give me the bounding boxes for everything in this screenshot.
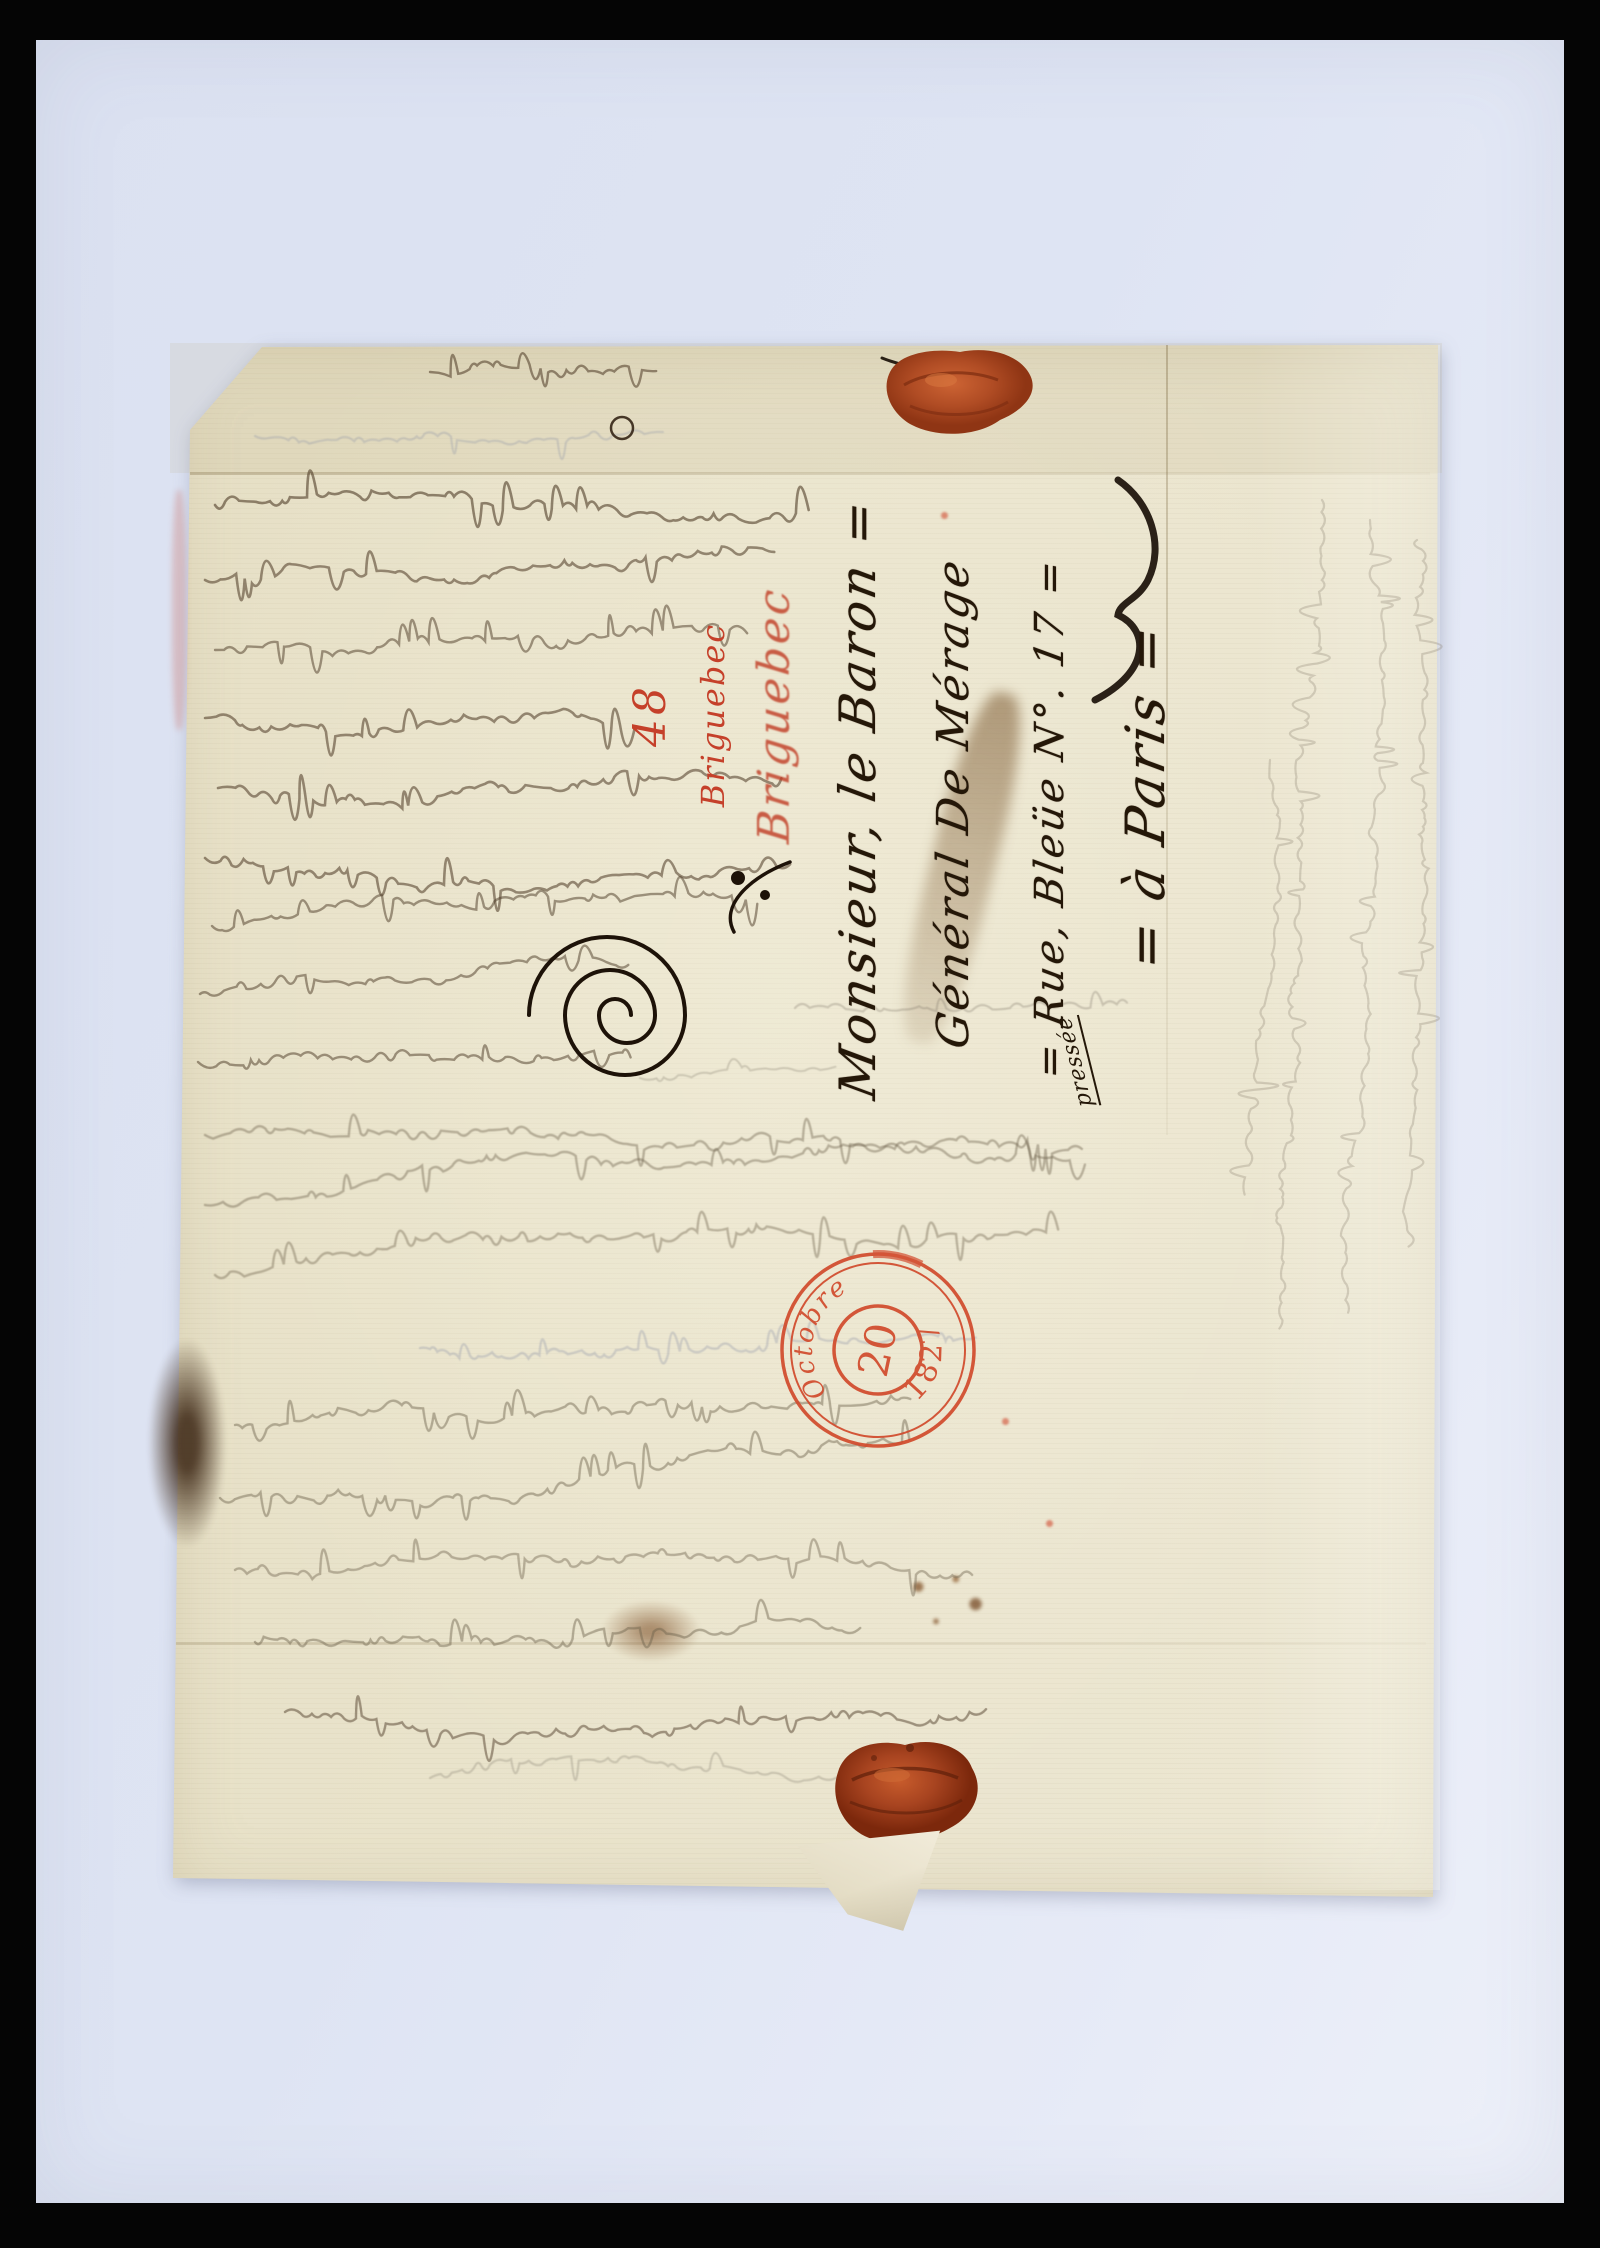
svg-text:1827: 1827 bbox=[893, 1309, 958, 1411]
datestamp-year: 1827 bbox=[893, 1309, 958, 1411]
address-block: Monsieur, le Baron = Général De Mérage =… bbox=[810, 460, 1240, 1120]
route-stamp-number: 48 bbox=[620, 565, 682, 865]
circular-datestamp: Octobre 1827 20 bbox=[748, 1220, 1009, 1481]
route-stamp-ghost-strike: Briguebec bbox=[744, 562, 806, 869]
datestamp-day: 20 bbox=[848, 1319, 907, 1381]
address-line-2: Général De Mérage bbox=[906, 460, 1002, 1120]
red-speck bbox=[1002, 1418, 1009, 1425]
route-handstamp: 48 Briguebec Briguebec bbox=[620, 565, 820, 865]
address-line-3: = Rue, Bleüe N°. 17 = bbox=[1002, 460, 1098, 1120]
photo-frame: Monsieur, le Baron = Général De Mérage =… bbox=[0, 0, 1600, 2248]
address-line-4: = à Paris = bbox=[1098, 460, 1194, 1120]
album-page-background: Monsieur, le Baron = Général De Mérage =… bbox=[36, 40, 1564, 2203]
address-line-1: Monsieur, le Baron = bbox=[810, 460, 906, 1120]
red-speck bbox=[1046, 1520, 1053, 1527]
route-stamp-office: Briguebec bbox=[682, 565, 744, 865]
